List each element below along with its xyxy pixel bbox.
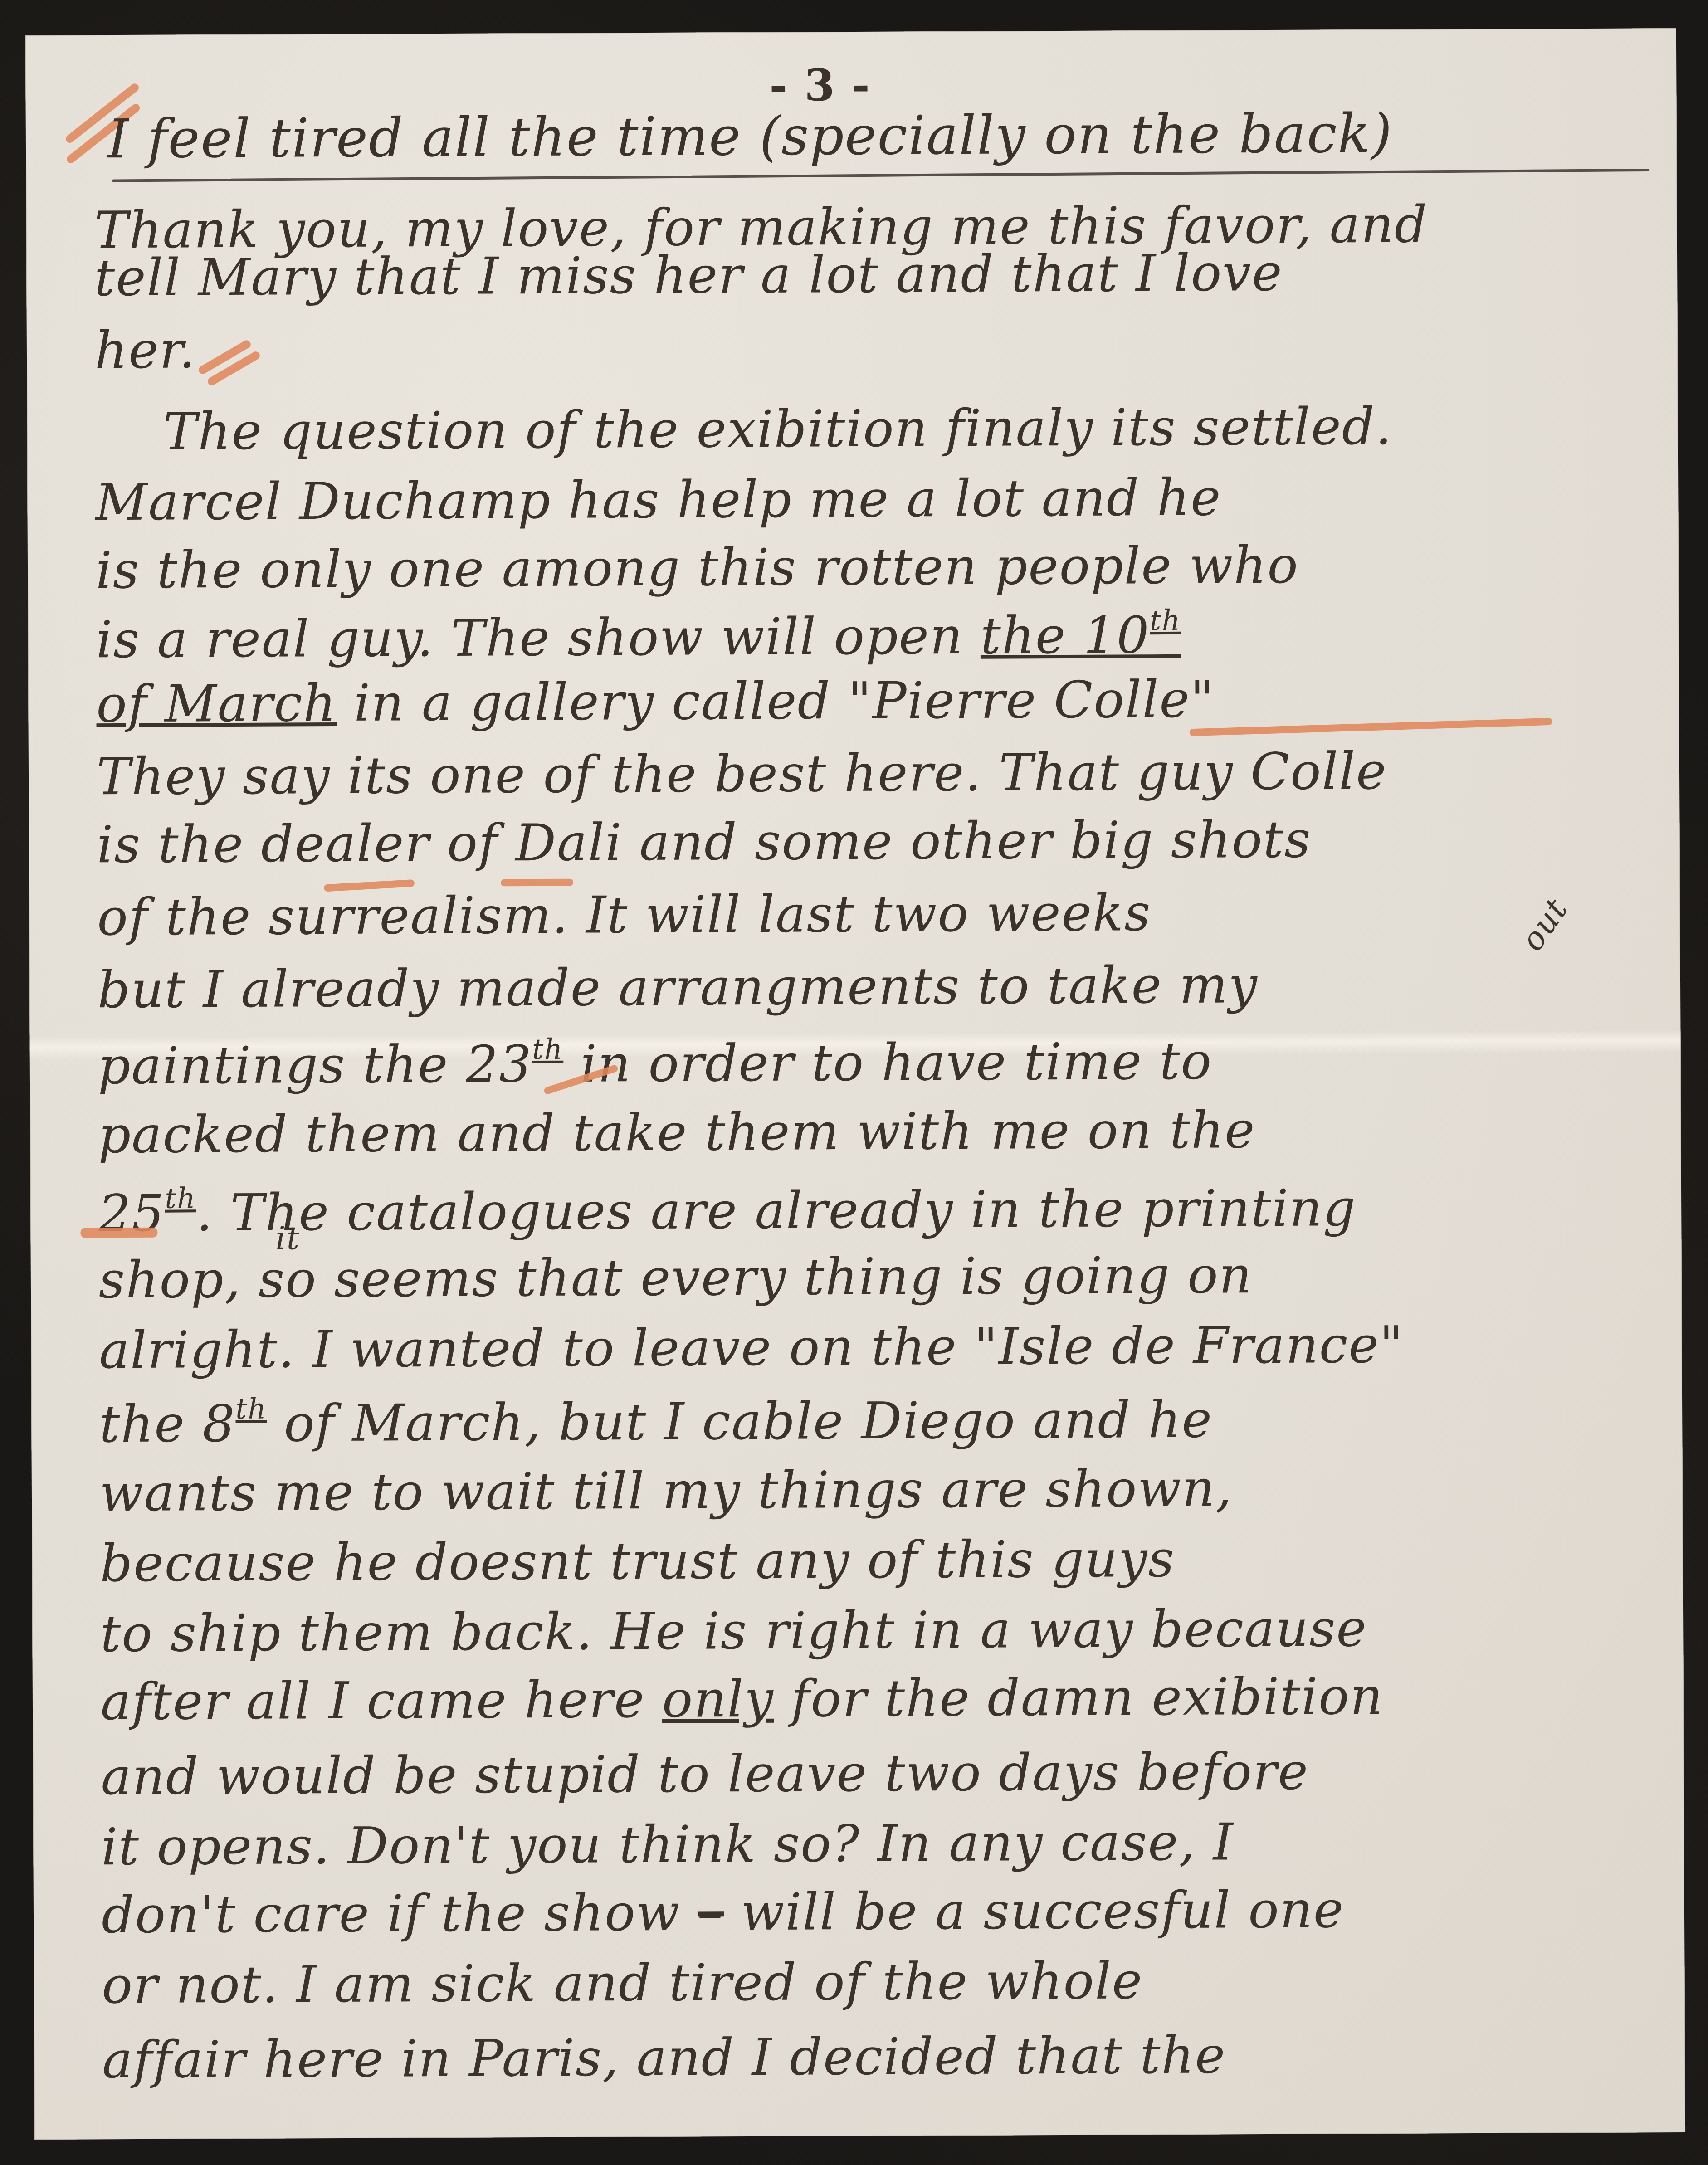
text-segment: is a real guy. The show will open — [96, 607, 981, 670]
letter-line: is the only one among this rotten people… — [96, 540, 1299, 596]
text-segment: paintings the 23 — [98, 1035, 532, 1096]
letter-line: tell Mary that I miss her a lot and that… — [94, 248, 1283, 303]
superscript: th — [165, 1181, 196, 1214]
letter-line: is the dealer of Dali and some other big… — [97, 814, 1311, 871]
header-rule — [112, 169, 1649, 182]
underlined-date: the 10th — [980, 606, 1181, 666]
letter-line: it opens. Don't you think so? In any cas… — [101, 1817, 1234, 1872]
struck-mark: – — [698, 1883, 724, 1942]
page-number: - 3 - — [769, 63, 871, 107]
text-segment: don't care if the show — [102, 1883, 698, 1945]
letter-line: and would be stupid to leave two days be… — [101, 1746, 1309, 1803]
superscript: th — [1150, 604, 1181, 637]
superscript: th — [235, 1392, 267, 1425]
header-line: I feel tired all the time (specially on … — [107, 107, 1393, 166]
text-segment: of March, but I cable Diego and he — [267, 1390, 1213, 1453]
text-segment: in a gallery called "Pierre Colle" — [337, 670, 1215, 733]
text-segment: and some other big shots — [622, 810, 1312, 873]
superscript: th — [532, 1033, 563, 1066]
letter-line: paintings the 23th in order to have time… — [98, 1033, 1213, 1092]
text-segment: seems that every thing is going on — [334, 1246, 1253, 1309]
letter-line: of March in a gallery called "Pierre Col… — [96, 674, 1215, 730]
letter-line: don't care if the show – will be a succe… — [102, 1884, 1345, 1941]
letter-line: the 8th of March, but I cable Diego and … — [99, 1391, 1213, 1450]
text-segment: the 10 — [980, 606, 1150, 666]
letter-line: her. — [95, 325, 196, 376]
text-segment: . The catalogues are already in the prin… — [196, 1179, 1357, 1243]
letter-line: affair here in Paris, and I decided that… — [102, 2030, 1226, 2086]
letter-line: Marcel Duchamp has help me a lot and he — [95, 472, 1221, 528]
letter-line: or not. I am sick and tired of the whole — [102, 1955, 1143, 2011]
text-segment: of — [430, 814, 516, 873]
text-segment: is the — [97, 815, 261, 875]
letter-line: because he doesnt trust any of this guys — [100, 1534, 1175, 1589]
letter-line: They say its one of the best here. That … — [97, 746, 1387, 802]
letter-line: after all I came here only for the damn … — [101, 1671, 1384, 1727]
crayon-underline-25th — [80, 1228, 157, 1238]
underlined-month: of March — [96, 674, 337, 734]
letter-line: is a real guy. The show will open the 10… — [96, 606, 1181, 665]
text-segment: the 8 — [99, 1395, 236, 1454]
underlined-word-only: only — [662, 1670, 774, 1729]
letter-line: shop, so seems that every thing is going… — [99, 1250, 1253, 1306]
text-segment: shop, so — [99, 1250, 334, 1310]
insertion-it: it — [275, 1222, 300, 1254]
letter-line: but I already made arrangments to take m… — [98, 960, 1258, 1015]
letter-page: - 3 - I feel tired all the time (special… — [25, 28, 1685, 2140]
letter-line: alright. I wanted to leave on the "Isle … — [99, 1320, 1404, 1376]
text-segment: will be a succesful one — [724, 1880, 1345, 1942]
text-segment: after all I came here — [101, 1670, 662, 1731]
insertion-out: out — [1516, 893, 1573, 956]
letter-line: wants me to wait till my things are show… — [100, 1463, 1233, 1519]
letter-line: The question of the exibition finaly its… — [163, 401, 1392, 458]
letter-line: to ship them back. He is right in a way … — [100, 1603, 1367, 1659]
crayon-underline-dali — [501, 879, 573, 887]
letter-line: of the surrealism. It will last two week… — [97, 887, 1151, 943]
text-segment: for the damn exibition — [774, 1667, 1384, 1729]
text-segment: dealer — [261, 814, 430, 874]
text-segment: Dali — [515, 813, 623, 873]
letter-line: packed them and take them with me on the — [98, 1105, 1255, 1161]
text-segment: in order to have time to — [563, 1032, 1212, 1094]
crayon-underline-pierre-colle — [1190, 718, 1552, 736]
